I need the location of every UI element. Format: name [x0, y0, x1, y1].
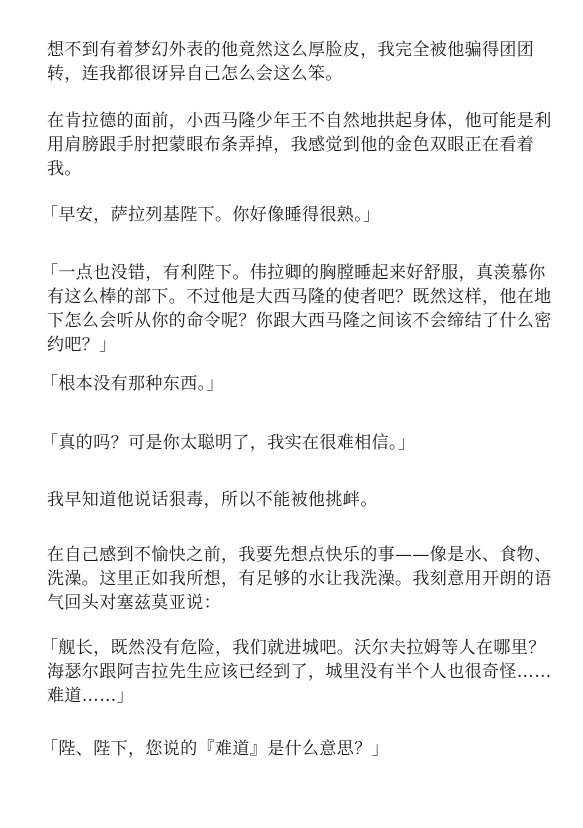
text-line: 在自己感到不愉快之前，我要先想点快乐的事——像是水、食物、 [47, 543, 532, 567]
paragraph-9: 「舰长，既然没有危险，我们就进城吧。沃尔夫拉姆等人在哪里？ 海瑟尔跟阿吉拉先生应… [47, 636, 532, 708]
text-line: 「舰长，既然没有危险，我们就进城吧。沃尔夫拉姆等人在哪里？ [41, 636, 532, 660]
text-line: 我早知道他说话狠毒，所以不能被他挑衅。 [47, 488, 532, 512]
text-line: 「一点也没错，有利陛下。伟拉卿的胸膛睡起来好舒服，真羡慕你 [41, 261, 532, 285]
text-line: 「根本没有那种东西。」 [41, 372, 532, 396]
paragraph-7: 我早知道他说话狠毒，所以不能被他挑衅。 [47, 488, 532, 512]
text-line: 转，连我都很讶异自己怎么会这么笨。 [47, 62, 532, 86]
text-line: 难道……」 [47, 684, 532, 708]
paragraph-5: 「根本没有那种东西。」 [47, 372, 532, 396]
paragraph-10: 「陛、陛下，您说的『难道』是什么意思？」 [47, 737, 532, 761]
text-line: 「陛、陛下，您说的『难道』是什么意思？」 [41, 737, 532, 761]
text-line: 有这么棒的部下。不过他是大西马隆的使者吧？既然这样，他在地 [47, 285, 532, 309]
text-line: 「早安，萨拉列基陛下。你好像睡得很熟。」 [41, 203, 532, 227]
text-line: 在肯拉德的面前，小西马隆少年王不自然地拱起身体，他可能是利 [47, 109, 532, 133]
text-line: 气回头对塞兹莫亚说： [47, 591, 532, 615]
document-page: 想不到有着梦幻外表的他竟然这么厚脸皮，我完全被他骗得团团 转，连我都很讶异自己怎… [0, 0, 583, 828]
paragraph-2: 在肯拉德的面前，小西马隆少年王不自然地拱起身体，他可能是利 用肩膀跟手肘把蒙眼布… [47, 109, 532, 181]
paragraph-1: 想不到有着梦幻外表的他竟然这么厚脸皮，我完全被他骗得团团 转，连我都很讶异自己怎… [47, 38, 532, 86]
paragraph-3: 「早安，萨拉列基陛下。你好像睡得很熟。」 [47, 203, 532, 227]
text-line: 想不到有着梦幻外表的他竟然这么厚脸皮，我完全被他骗得团团 [47, 38, 532, 62]
text-line: 「真的吗？可是你太聪明了，我实在很难相信。」 [41, 431, 532, 455]
text-line: 我。 [47, 157, 532, 181]
text-line: 洗澡。这里正如我所想，有足够的水让我洗澡。我刻意用开朗的语 [47, 567, 532, 591]
paragraph-6: 「真的吗？可是你太聪明了，我实在很难相信。」 [47, 431, 532, 455]
text-line: 下怎么会听从你的命令呢？你跟大西马隆之间该不会缔结了什么密 [47, 309, 532, 333]
paragraph-8: 在自己感到不愉快之前，我要先想点快乐的事——像是水、食物、 洗澡。这里正如我所想… [47, 543, 532, 615]
text-line: 约吧？」 [47, 333, 532, 357]
text-line: 用肩膀跟手肘把蒙眼布条弄掉，我感觉到他的金色双眼正在看着 [47, 133, 532, 157]
text-line: 海瑟尔跟阿吉拉先生应该已经到了，城里没有半个人也很奇怪…… [47, 660, 532, 684]
paragraph-4: 「一点也没错，有利陛下。伟拉卿的胸膛睡起来好舒服，真羡慕你 有这么棒的部下。不过… [47, 261, 532, 357]
